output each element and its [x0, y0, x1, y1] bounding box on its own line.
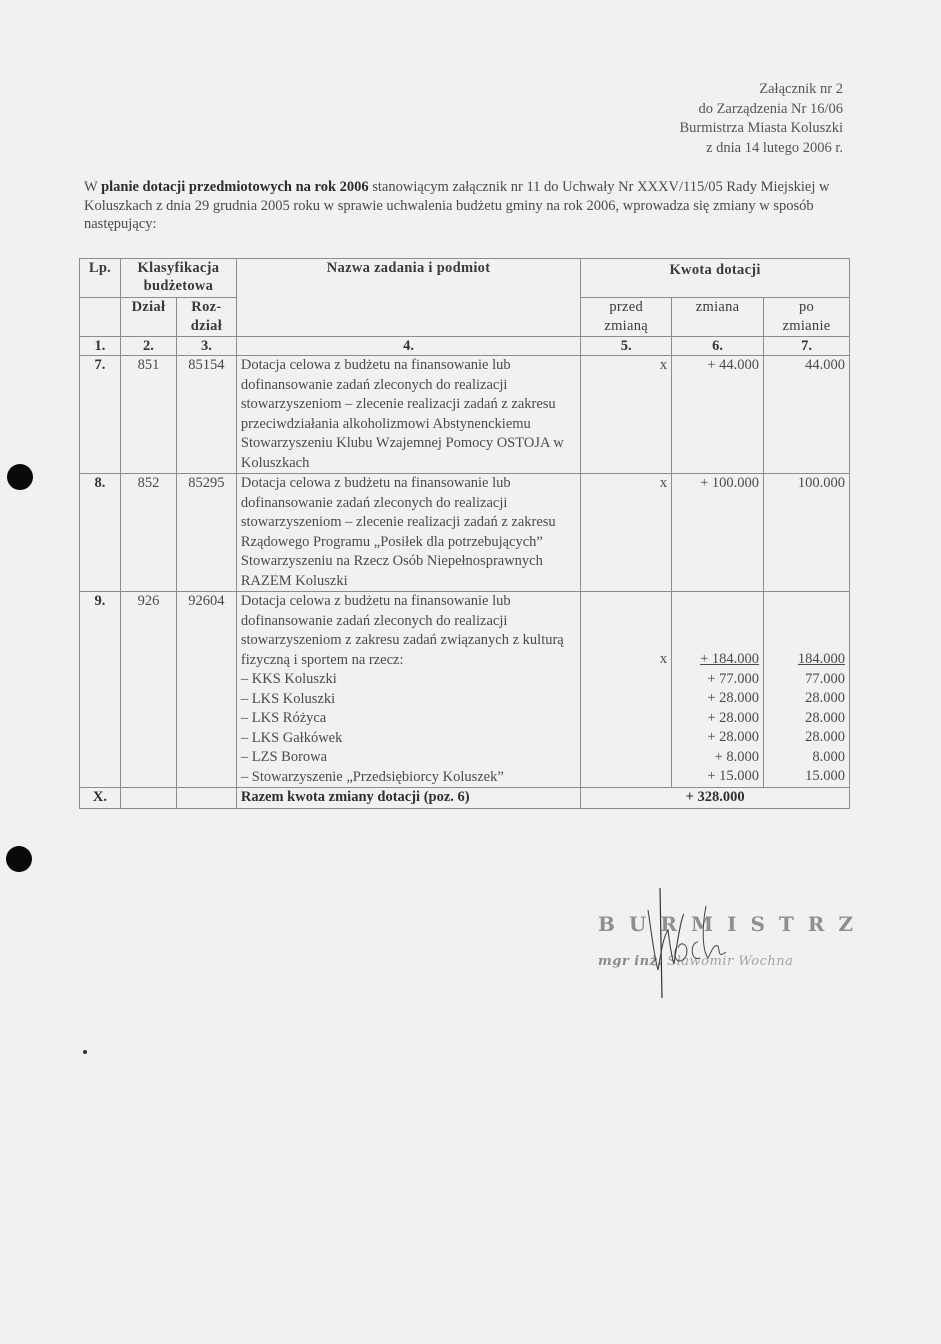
- row-po: 44.000: [764, 356, 850, 474]
- header-lp-spacer: [80, 298, 121, 337]
- header-nazwa: Nazwa zadania i podmiot: [236, 259, 580, 337]
- total-label: Razem kwota zmiany dotacji (poz. 6): [236, 788, 580, 809]
- zmiana-item: + 28.000: [676, 689, 759, 709]
- colnum-7: 7.: [764, 337, 850, 356]
- beneficiary-item: – LZS Borowa: [241, 748, 576, 768]
- attachment-header: Załącznik nr 2 do Zarządzenia Nr 16/06 B…: [679, 80, 843, 158]
- po-item: 8.000: [768, 748, 845, 768]
- row-nazwa: Dotacja celowa z budżetu na finansowanie…: [236, 474, 580, 592]
- table-row: 7. 851 85154 Dotacja celowa z budżetu na…: [80, 356, 850, 474]
- header-po: pozmianie: [764, 298, 850, 337]
- row-zmiana: + 44.000: [672, 356, 764, 474]
- row-dzial: 851: [120, 356, 176, 474]
- beneficiary-item: – LKS Gałkówek: [241, 729, 576, 749]
- po-item: 28.000: [768, 728, 845, 748]
- row-rozdzial: 85295: [176, 474, 236, 592]
- header-line: Załącznik nr 2: [679, 80, 843, 100]
- row-zmiana: + 100.000: [672, 474, 764, 592]
- colnum-5: 5.: [581, 337, 672, 356]
- signature-degree: mgr inż.: [598, 954, 663, 969]
- row-dzial: 852: [120, 474, 176, 592]
- colnum-4: 4.: [236, 337, 580, 356]
- scan-speck: [83, 1050, 87, 1054]
- beneficiary-item: – LKS Koluszki: [241, 690, 576, 710]
- header-lp: Lp.: [80, 259, 121, 298]
- beneficiary-list: – KKS Koluszki – LKS Koluszki – LKS Róży…: [241, 670, 576, 787]
- row-zmiana: + 184.000 + 77.000 + 28.000 + 28.000 + 2…: [672, 592, 764, 788]
- row-przed: x: [581, 592, 672, 788]
- row-po: 184.000 77.000 28.000 28.000 28.000 8.00…: [764, 592, 850, 788]
- handwritten-signature-icon: [598, 886, 838, 1006]
- zmiana-subtotal: + 184.000: [676, 650, 759, 670]
- total-row: X. Razem kwota zmiany dotacji (poz. 6) +…: [80, 788, 850, 809]
- intro-lead: W: [84, 179, 101, 195]
- row-lp: 8.: [80, 474, 121, 592]
- colnum-6: 6.: [672, 337, 764, 356]
- subsidy-table: Lp. Klasyfikacja budżetowa Nazwa zadania…: [79, 258, 850, 809]
- po-item: 77.000: [768, 670, 845, 690]
- signature-name-line: mgr inż. Sławomir Wochna: [598, 954, 838, 969]
- intro-paragraph: W planie dotacji przedmiotowych na rok 2…: [84, 178, 854, 234]
- total-dzial-empty: [120, 788, 176, 809]
- row-rozdzial: 92604: [176, 592, 236, 788]
- header-line: Burmistrza Miasta Koluszki: [679, 119, 843, 139]
- header-zmiana: zmiana: [672, 298, 764, 337]
- colnum-2: 2.: [120, 337, 176, 356]
- po-item: 28.000: [768, 709, 845, 729]
- colnum-1: 1.: [80, 337, 121, 356]
- intro-bold: planie dotacji przedmiotowych na rok 200…: [101, 179, 369, 195]
- row-nazwa: Dotacja celowa z budżetu na finansowanie…: [236, 356, 580, 474]
- row-dzial: 926: [120, 592, 176, 788]
- row-przed-value: x: [660, 651, 667, 667]
- header-klasyfikacja: Klasyfikacja budżetowa: [120, 259, 236, 298]
- signature-name: Sławomir Wochna: [667, 954, 793, 969]
- row-lp: 9.: [80, 592, 121, 788]
- row-po: 100.000: [764, 474, 850, 592]
- total-amount: + 328.000: [581, 788, 850, 809]
- table-row: 8. 852 85295 Dotacja celowa z budżetu na…: [80, 474, 850, 592]
- header-dzial: Dział: [120, 298, 176, 337]
- beneficiary-item: – KKS Koluszki: [241, 670, 576, 690]
- po-subtotal: 184.000: [768, 650, 845, 670]
- row-lp: 7.: [80, 356, 121, 474]
- punch-hole-top: [7, 464, 33, 490]
- row-nazwa-text: Dotacja celowa z budżetu na finansowanie…: [241, 592, 576, 670]
- total-rozdzial-empty: [176, 788, 236, 809]
- beneficiary-item: – Stowarzyszenie „Przedsiębiorcy Kolusze…: [241, 768, 576, 788]
- po-item: 28.000: [768, 689, 845, 709]
- row-nazwa: Dotacja celowa z budżetu na finansowanie…: [236, 592, 580, 788]
- zmiana-stack: + 184.000 + 77.000 + 28.000 + 28.000 + 2…: [676, 650, 759, 787]
- colnum-3: 3.: [176, 337, 236, 356]
- zmiana-item: + 8.000: [676, 748, 759, 768]
- zmiana-item: + 28.000: [676, 728, 759, 748]
- header-rozdzial: Roz-dział: [176, 298, 236, 337]
- po-stack: 184.000 77.000 28.000 28.000 28.000 8.00…: [768, 650, 845, 787]
- row-rozdzial: 85154: [176, 356, 236, 474]
- zmiana-item: + 15.000: [676, 767, 759, 787]
- punch-hole-bottom: [6, 846, 32, 872]
- row-przed: x: [581, 356, 672, 474]
- header-line: z dnia 14 lutego 2006 r.: [679, 139, 843, 159]
- beneficiary-item: – LKS Różyca: [241, 709, 576, 729]
- table-row: 9. 926 92604 Dotacja celowa z budżetu na…: [80, 592, 850, 788]
- header-kwota: Kwota dotacji: [581, 259, 850, 298]
- zmiana-item: + 28.000: [676, 709, 759, 729]
- zmiana-item: + 77.000: [676, 670, 759, 690]
- signature-title: BURMISTRZ: [598, 912, 838, 936]
- signature-block: BURMISTRZ mgr inż. Sławomir Wochna: [598, 912, 838, 969]
- row-przed: x: [581, 474, 672, 592]
- header-przed: przedzmianą: [581, 298, 672, 337]
- po-item: 15.000: [768, 767, 845, 787]
- total-lp: X.: [80, 788, 121, 809]
- header-line: do Zarządzenia Nr 16/06: [679, 100, 843, 120]
